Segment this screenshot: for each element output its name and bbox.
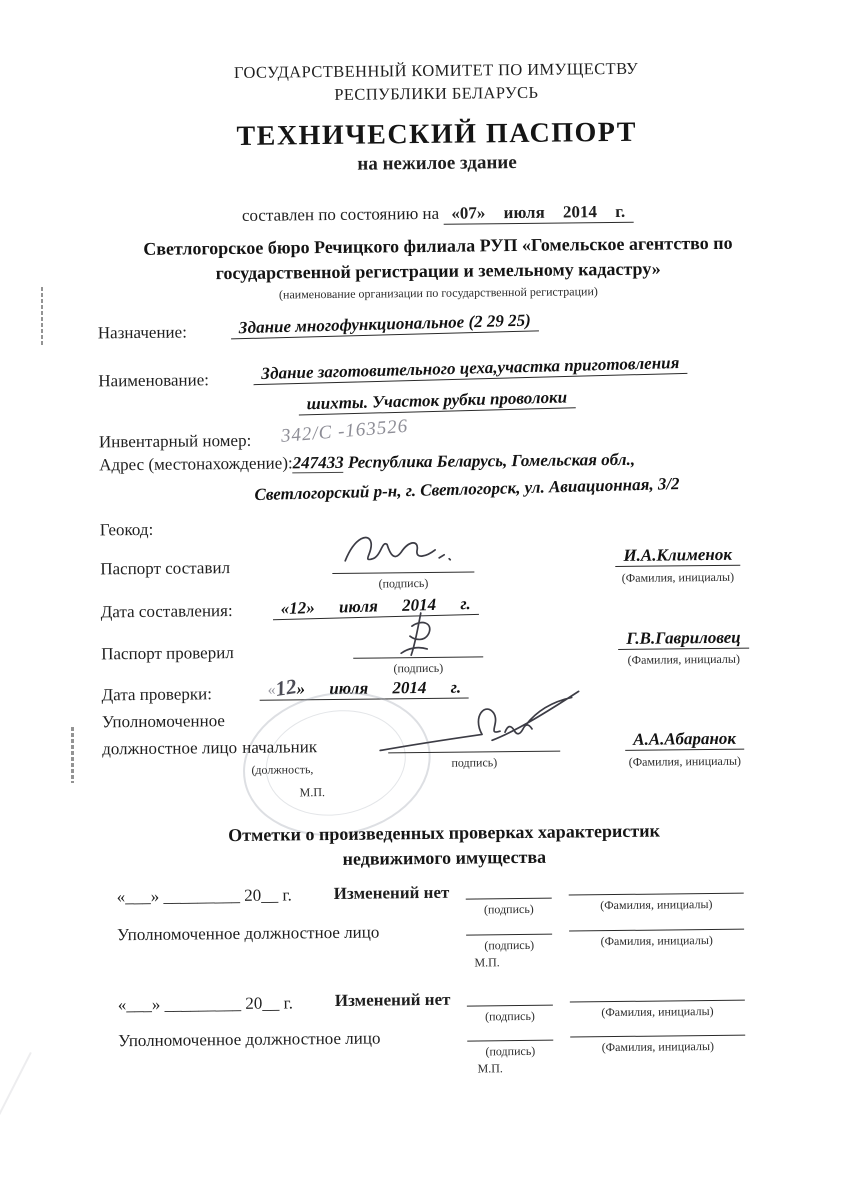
stamp-place-caption: М.П. [300, 785, 325, 800]
check1-name-caption: (Фамилия, инициалы) [569, 897, 744, 914]
inventory-number-label: Инвентарный номер: [99, 431, 251, 453]
check2-name-caption: (Фамилия, инициалы) [570, 1004, 745, 1021]
scan-artifact-left-upper [41, 287, 43, 345]
official-position-value: начальник [242, 737, 317, 758]
address-value-line2: Светлогорский р-н, г. Светлогорск, ул. А… [254, 474, 680, 505]
check1-official-name-line [569, 929, 744, 932]
geocode-label: Геокод: [100, 520, 154, 541]
document-sheet: ГОСУДАРСТВЕННЫЙ КОМИТЕТ ПО ИМУЩЕСТВУ РЕС… [0, 0, 849, 1200]
agency-caption: (наименование организации по государстве… [30, 282, 846, 306]
official-label-line2: должностное лицо [102, 738, 237, 759]
check1-no-changes: Изменений нет [334, 883, 450, 904]
check2-sign-line [467, 1005, 553, 1007]
scanned-document-page: ГОСУДАРСТВЕННЫЙ КОМИТЕТ ПО ИМУЩЕСТВУ РЕС… [0, 0, 849, 1200]
check-date-handwritten: 12 [274, 674, 299, 702]
check2-name-line [570, 1000, 745, 1003]
check2-sign-caption: (подпись) [467, 1009, 553, 1025]
purpose-value: Здание многофункциональное (2 29 25) [231, 310, 540, 338]
check2-no-changes: Изменений нет [335, 990, 451, 1011]
compiled-as-of-line: составлен по состоянию на «07» июля 2014… [30, 200, 846, 229]
scan-artifact-left-lower [71, 727, 74, 783]
compiled-date-value: «07» июля 2014 г. [443, 202, 633, 225]
compile-date-label: Дата составления: [101, 601, 233, 622]
compiler-signature-icon [335, 528, 465, 573]
official-name: А.А.Абаранок [592, 728, 777, 750]
check1-official-sign-line [466, 934, 552, 936]
agency-name-line2: государственной регистрации и земельному… [30, 257, 846, 287]
position-caption: (должность, [251, 762, 313, 778]
check2-date-blank: «___» _________ 20__ г. [118, 993, 293, 1015]
check2-official-sign-caption: (подпись) [467, 1044, 553, 1060]
check2-official-sign-line [467, 1040, 553, 1042]
checked-by-label: Паспорт проверил [101, 643, 234, 664]
check2-official-line: Уполномоченное должностное лицо [118, 1028, 380, 1051]
compiled-by-label: Паспорт составил [100, 558, 230, 579]
building-name-value-line1: Здание заготовительного цеха,участка при… [253, 353, 688, 384]
purpose-label: Назначение: [98, 322, 187, 343]
checker-signature-line [353, 656, 483, 658]
compiler-name: И.А.Клименок [590, 544, 765, 566]
compiler-sign-caption: (подпись) [332, 575, 474, 591]
org-name-line2: РЕСПУБЛИКИ БЕЛАРУСЬ [28, 80, 844, 109]
building-name-label: Наименование: [98, 370, 209, 391]
checker-signature-icon [389, 610, 439, 659]
check1-sign-line [466, 898, 552, 900]
official-label-line1: Уполномоченное [102, 711, 225, 732]
check1-official-sign-caption: (подпись) [466, 938, 552, 954]
agency-name-line1: Светлогорское бюро Речицкого филиала РУП… [30, 232, 846, 262]
check1-official-line: Уполномоченное должностное лицо [117, 922, 379, 945]
check2-official-name-line [570, 1035, 745, 1038]
address-line: Адрес (местонахождение):247433 Республик… [99, 450, 635, 476]
building-name-value-line2: шихты. Участок рубки проволоки [298, 387, 575, 414]
official-sign-caption: подпись) [388, 755, 560, 772]
compiler-signature-line [332, 571, 474, 573]
checks-heading-line2: недвижимого имущества [36, 844, 849, 874]
check1-date-blank: «___» _________ 20__ г. [117, 885, 292, 907]
address-label: Адрес (местонахождение): [99, 453, 293, 474]
official-signature-icon [374, 686, 585, 758]
checker-name: Г.В.Гавриловец [591, 627, 776, 649]
check1-sign-caption: (подпись) [466, 902, 552, 918]
compile-date-value: «12» июля 2014 г. [272, 594, 478, 619]
check-date-label: Дата проверки: [102, 684, 213, 705]
check1-stamp-caption: М.П. [474, 955, 499, 970]
check1-name-line [569, 893, 744, 896]
inventory-number-handwritten: 342/С -163526 [280, 416, 409, 448]
check2-stamp-caption: М.П. [477, 1061, 502, 1076]
check2-official-name-caption: (Фамилия, инициалы) [570, 1039, 745, 1056]
address-zip: 247433 [293, 453, 344, 474]
official-name-caption: (Фамилия, инициалы) [592, 753, 777, 770]
compiler-name-caption: (Фамилия, инициалы) [590, 569, 765, 586]
checks-heading-line1: Отметки о произведенных проверках характ… [36, 819, 849, 849]
check1-official-name-caption: (Фамилия, инициалы) [569, 933, 744, 950]
compiled-prefix: составлен по состоянию на [242, 204, 439, 225]
checker-name-caption: (Фамилия, инициалы) [591, 651, 776, 668]
address-value-line1: Республика Беларусь, Гомельская обл., [348, 450, 635, 472]
